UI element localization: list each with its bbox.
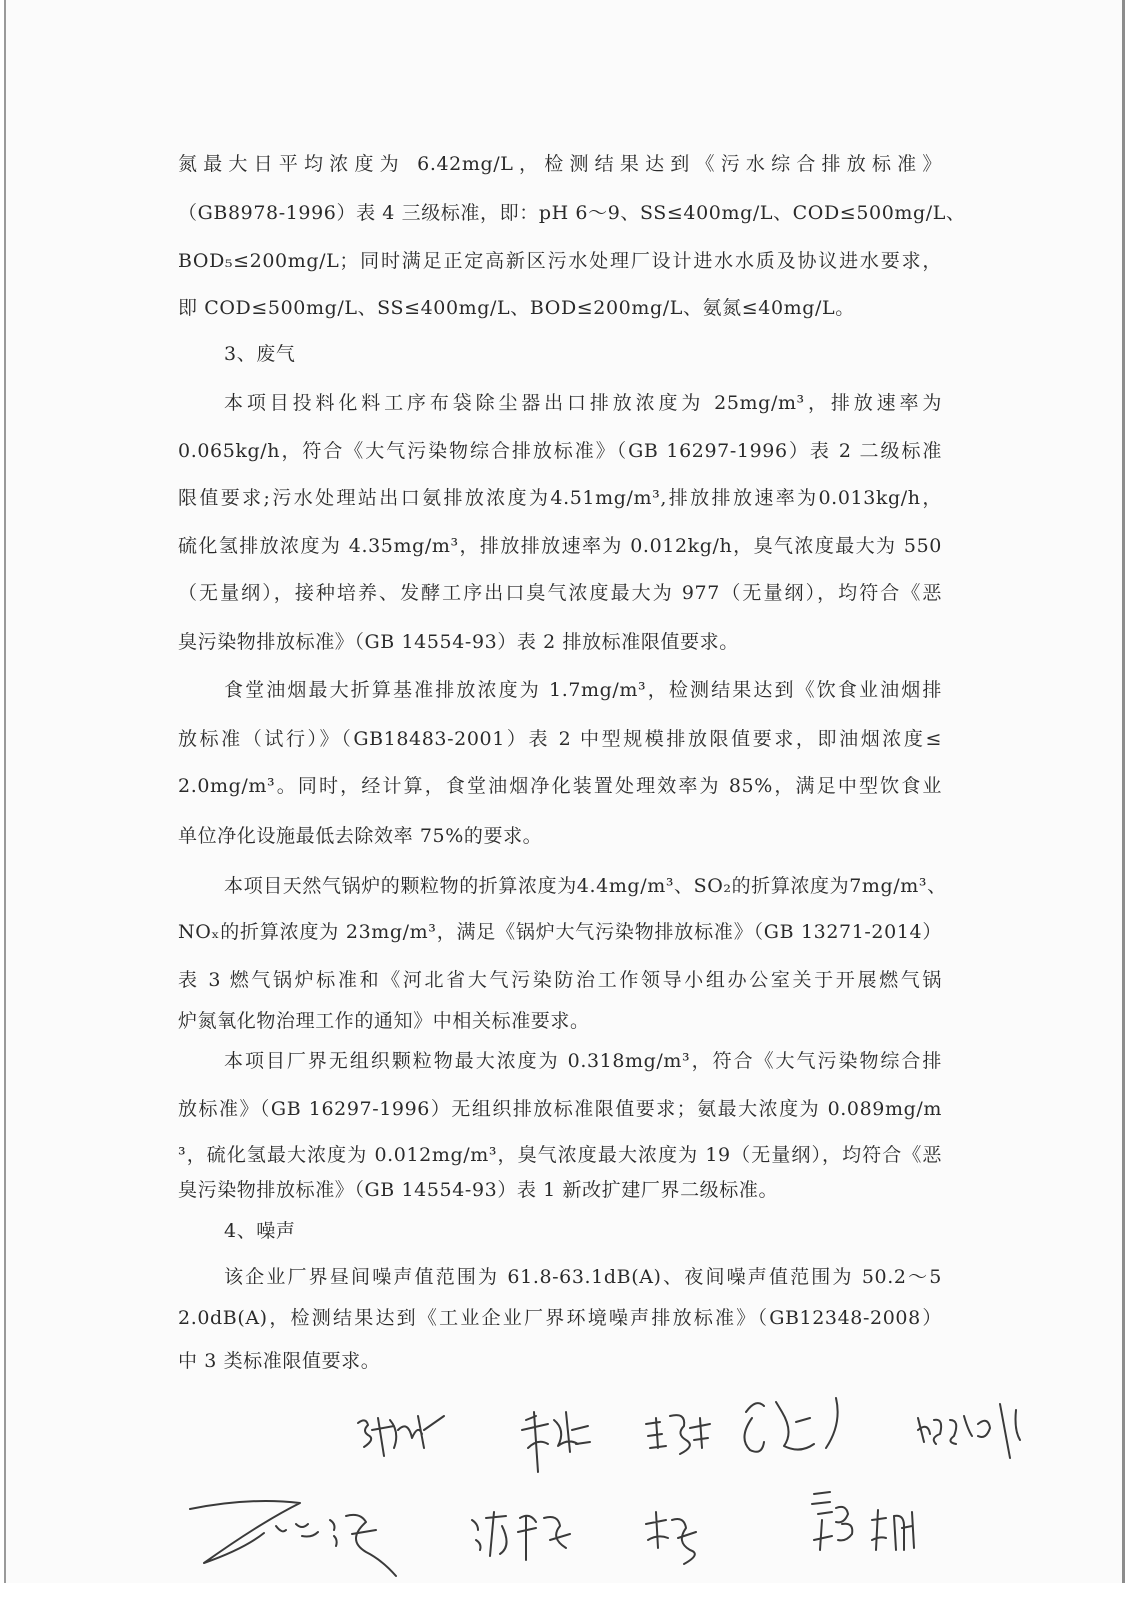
signature-4	[744, 1398, 837, 1452]
signature-7	[472, 1512, 570, 1560]
signature-2	[522, 1412, 590, 1472]
signature-9	[812, 1492, 852, 1550]
scanned-page: 氮最大日平均浓度为 6.42mg/L，检测结果达到《污水综合排放标准》 （GB8…	[4, 0, 1125, 1583]
signature-3	[646, 1415, 710, 1454]
signature-8	[646, 1512, 696, 1564]
signature-10	[872, 1510, 914, 1550]
signature-5	[918, 1404, 1020, 1458]
signature-1	[358, 1416, 444, 1456]
signatures-area	[6, 0, 1127, 1583]
signature-6	[190, 1501, 396, 1576]
